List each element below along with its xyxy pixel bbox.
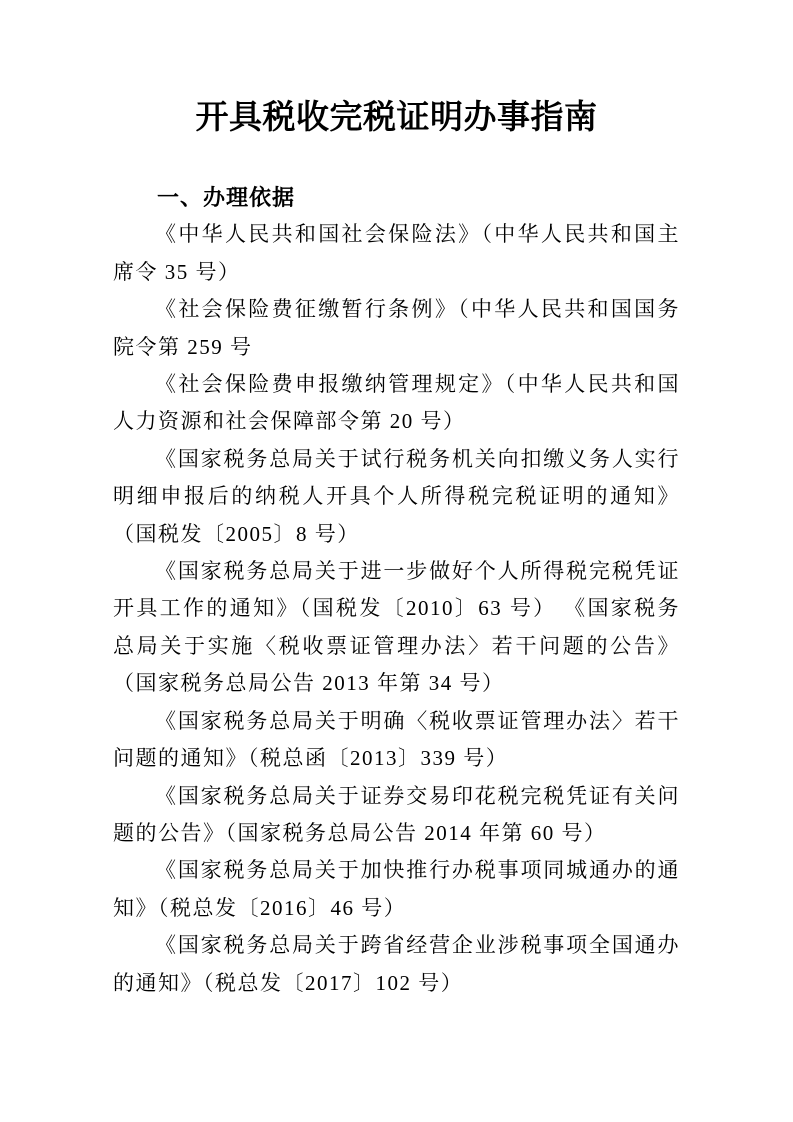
document-title: 开具税收完税证明办事指南 bbox=[113, 0, 680, 140]
legal-basis-paragraph-8: 《国家税务总局关于加快推行办税事项同城通办的通知》（税总发〔2016〕46 号） bbox=[113, 852, 680, 927]
legal-basis-paragraph-7: 《国家税务总局关于证券交易印花税完税凭证有关问题的公告》（国家税务总局公告 20… bbox=[113, 778, 680, 853]
legal-basis-paragraph-5: 《国家税务总局关于进一步做好个人所得税完税凭证开具工作的通知》（国税发〔2010… bbox=[113, 553, 680, 703]
legal-basis-paragraph-2: 《社会保险费征缴暂行条例》（中华人民共和国国务院令第 259 号 bbox=[113, 291, 680, 366]
legal-basis-paragraph-1: 《中华人民共和国社会保险法》（中华人民共和国主席令 35 号） bbox=[113, 216, 680, 291]
legal-basis-paragraph-3: 《社会保险费申报缴纳管理规定》（中华人民共和国人力资源和社会保障部令第 20 号… bbox=[113, 366, 680, 441]
section-heading-legal-basis: 一、办理依据 bbox=[113, 179, 680, 216]
document-page: 开具税收完税证明办事指南 一、办理依据 《中华人民共和国社会保险法》（中华人民共… bbox=[0, 0, 793, 1122]
legal-basis-paragraph-9: 《国家税务总局关于跨省经营企业涉税事项全国通办的通知》（税总发〔2017〕102… bbox=[113, 927, 680, 1002]
document-body: 一、办理依据 《中华人民共和国社会保险法》（中华人民共和国主席令 35 号） 《… bbox=[113, 179, 680, 1002]
legal-basis-paragraph-6: 《国家税务总局关于明确〈税收票证管理办法〉若干问题的通知》（税总函〔2013〕3… bbox=[113, 703, 680, 778]
legal-basis-paragraph-4: 《国家税务总局关于试行税务机关向扣缴义务人实行明细申报后的纳税人开具个人所得税完… bbox=[113, 441, 680, 553]
